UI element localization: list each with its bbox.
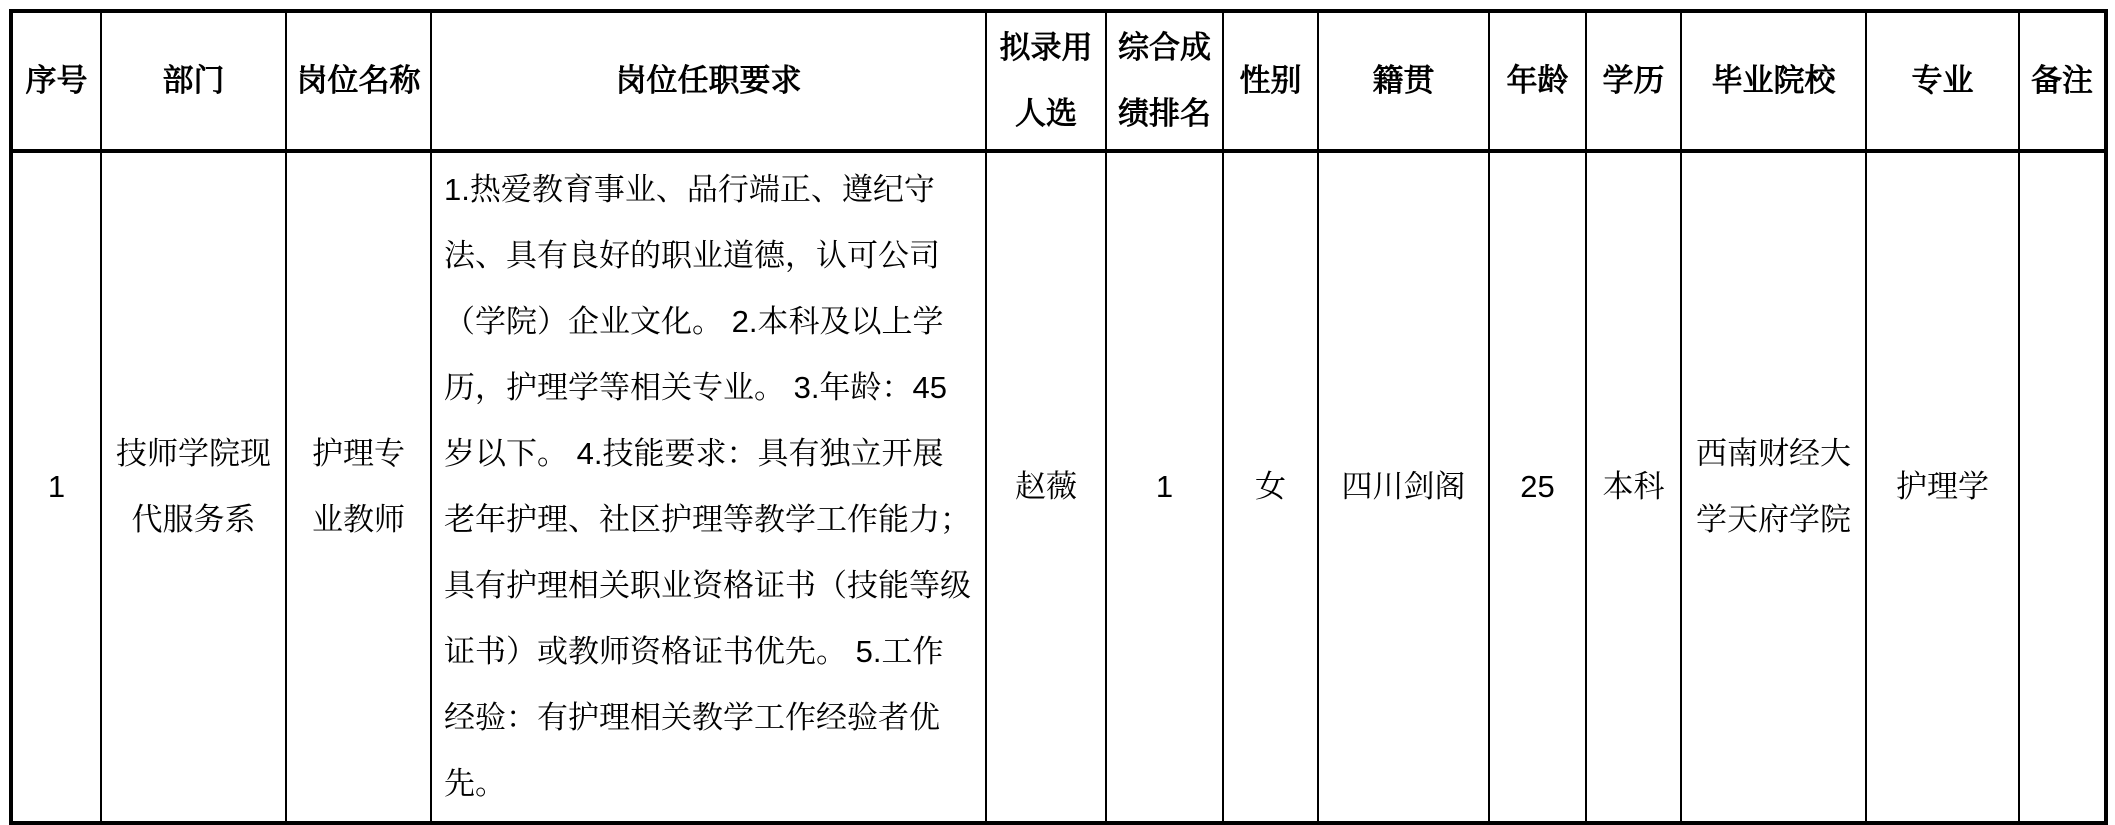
header-cell-department: 部门 — [101, 11, 286, 151]
cell-gender: 女 — [1223, 151, 1318, 823]
cell-requirements: 1.热爱教育事业、品行端正、遵纪守法、具有良好的职业道德，认可公司（学院）企业文… — [431, 151, 986, 823]
header-cell-requirements: 岗位任职要求 — [431, 11, 986, 151]
header-cell-gender: 性别 — [1223, 11, 1318, 151]
cell-seq: 1 — [11, 151, 101, 823]
cell-education: 本科 — [1586, 151, 1681, 823]
cell-remark — [2019, 151, 2106, 823]
table-header-row: 序号 部门 岗位名称 岗位任职要求 拟录用人选 综合成绩排名 性别 籍贯 年龄 … — [11, 11, 2106, 151]
cell-school: 西南财经大学天府学院 — [1681, 151, 1866, 823]
header-cell-candidate: 拟录用人选 — [986, 11, 1106, 151]
header-cell-seq: 序号 — [11, 11, 101, 151]
header-cell-remark: 备注 — [2019, 11, 2106, 151]
header-cell-major: 专业 — [1866, 11, 2019, 151]
header-cell-native-place: 籍贯 — [1318, 11, 1489, 151]
header-cell-score-rank: 综合成绩排名 — [1106, 11, 1223, 151]
cell-age: 25 — [1489, 151, 1586, 823]
cell-department: 技师学院现代服务系 — [101, 151, 286, 823]
header-cell-position: 岗位名称 — [286, 11, 431, 151]
header-cell-age: 年龄 — [1489, 11, 1586, 151]
cell-score-rank: 1 — [1106, 151, 1223, 823]
cell-candidate: 赵薇 — [986, 151, 1106, 823]
cell-major: 护理学 — [1866, 151, 2019, 823]
table-row: 1 技师学院现代服务系 护理专业教师 1.热爱教育事业、品行端正、遵纪守法、具有… — [11, 151, 2106, 823]
header-cell-education: 学历 — [1586, 11, 1681, 151]
header-cell-school: 毕业院校 — [1681, 11, 1866, 151]
page: 序号 部门 岗位名称 岗位任职要求 拟录用人选 综合成绩排名 性别 籍贯 年龄 … — [0, 0, 2115, 764]
cell-position: 护理专业教师 — [286, 151, 431, 823]
recruitment-roster-table: 序号 部门 岗位名称 岗位任职要求 拟录用人选 综合成绩排名 性别 籍贯 年龄 … — [9, 9, 2108, 825]
cell-native-place: 四川剑阁 — [1318, 151, 1489, 823]
